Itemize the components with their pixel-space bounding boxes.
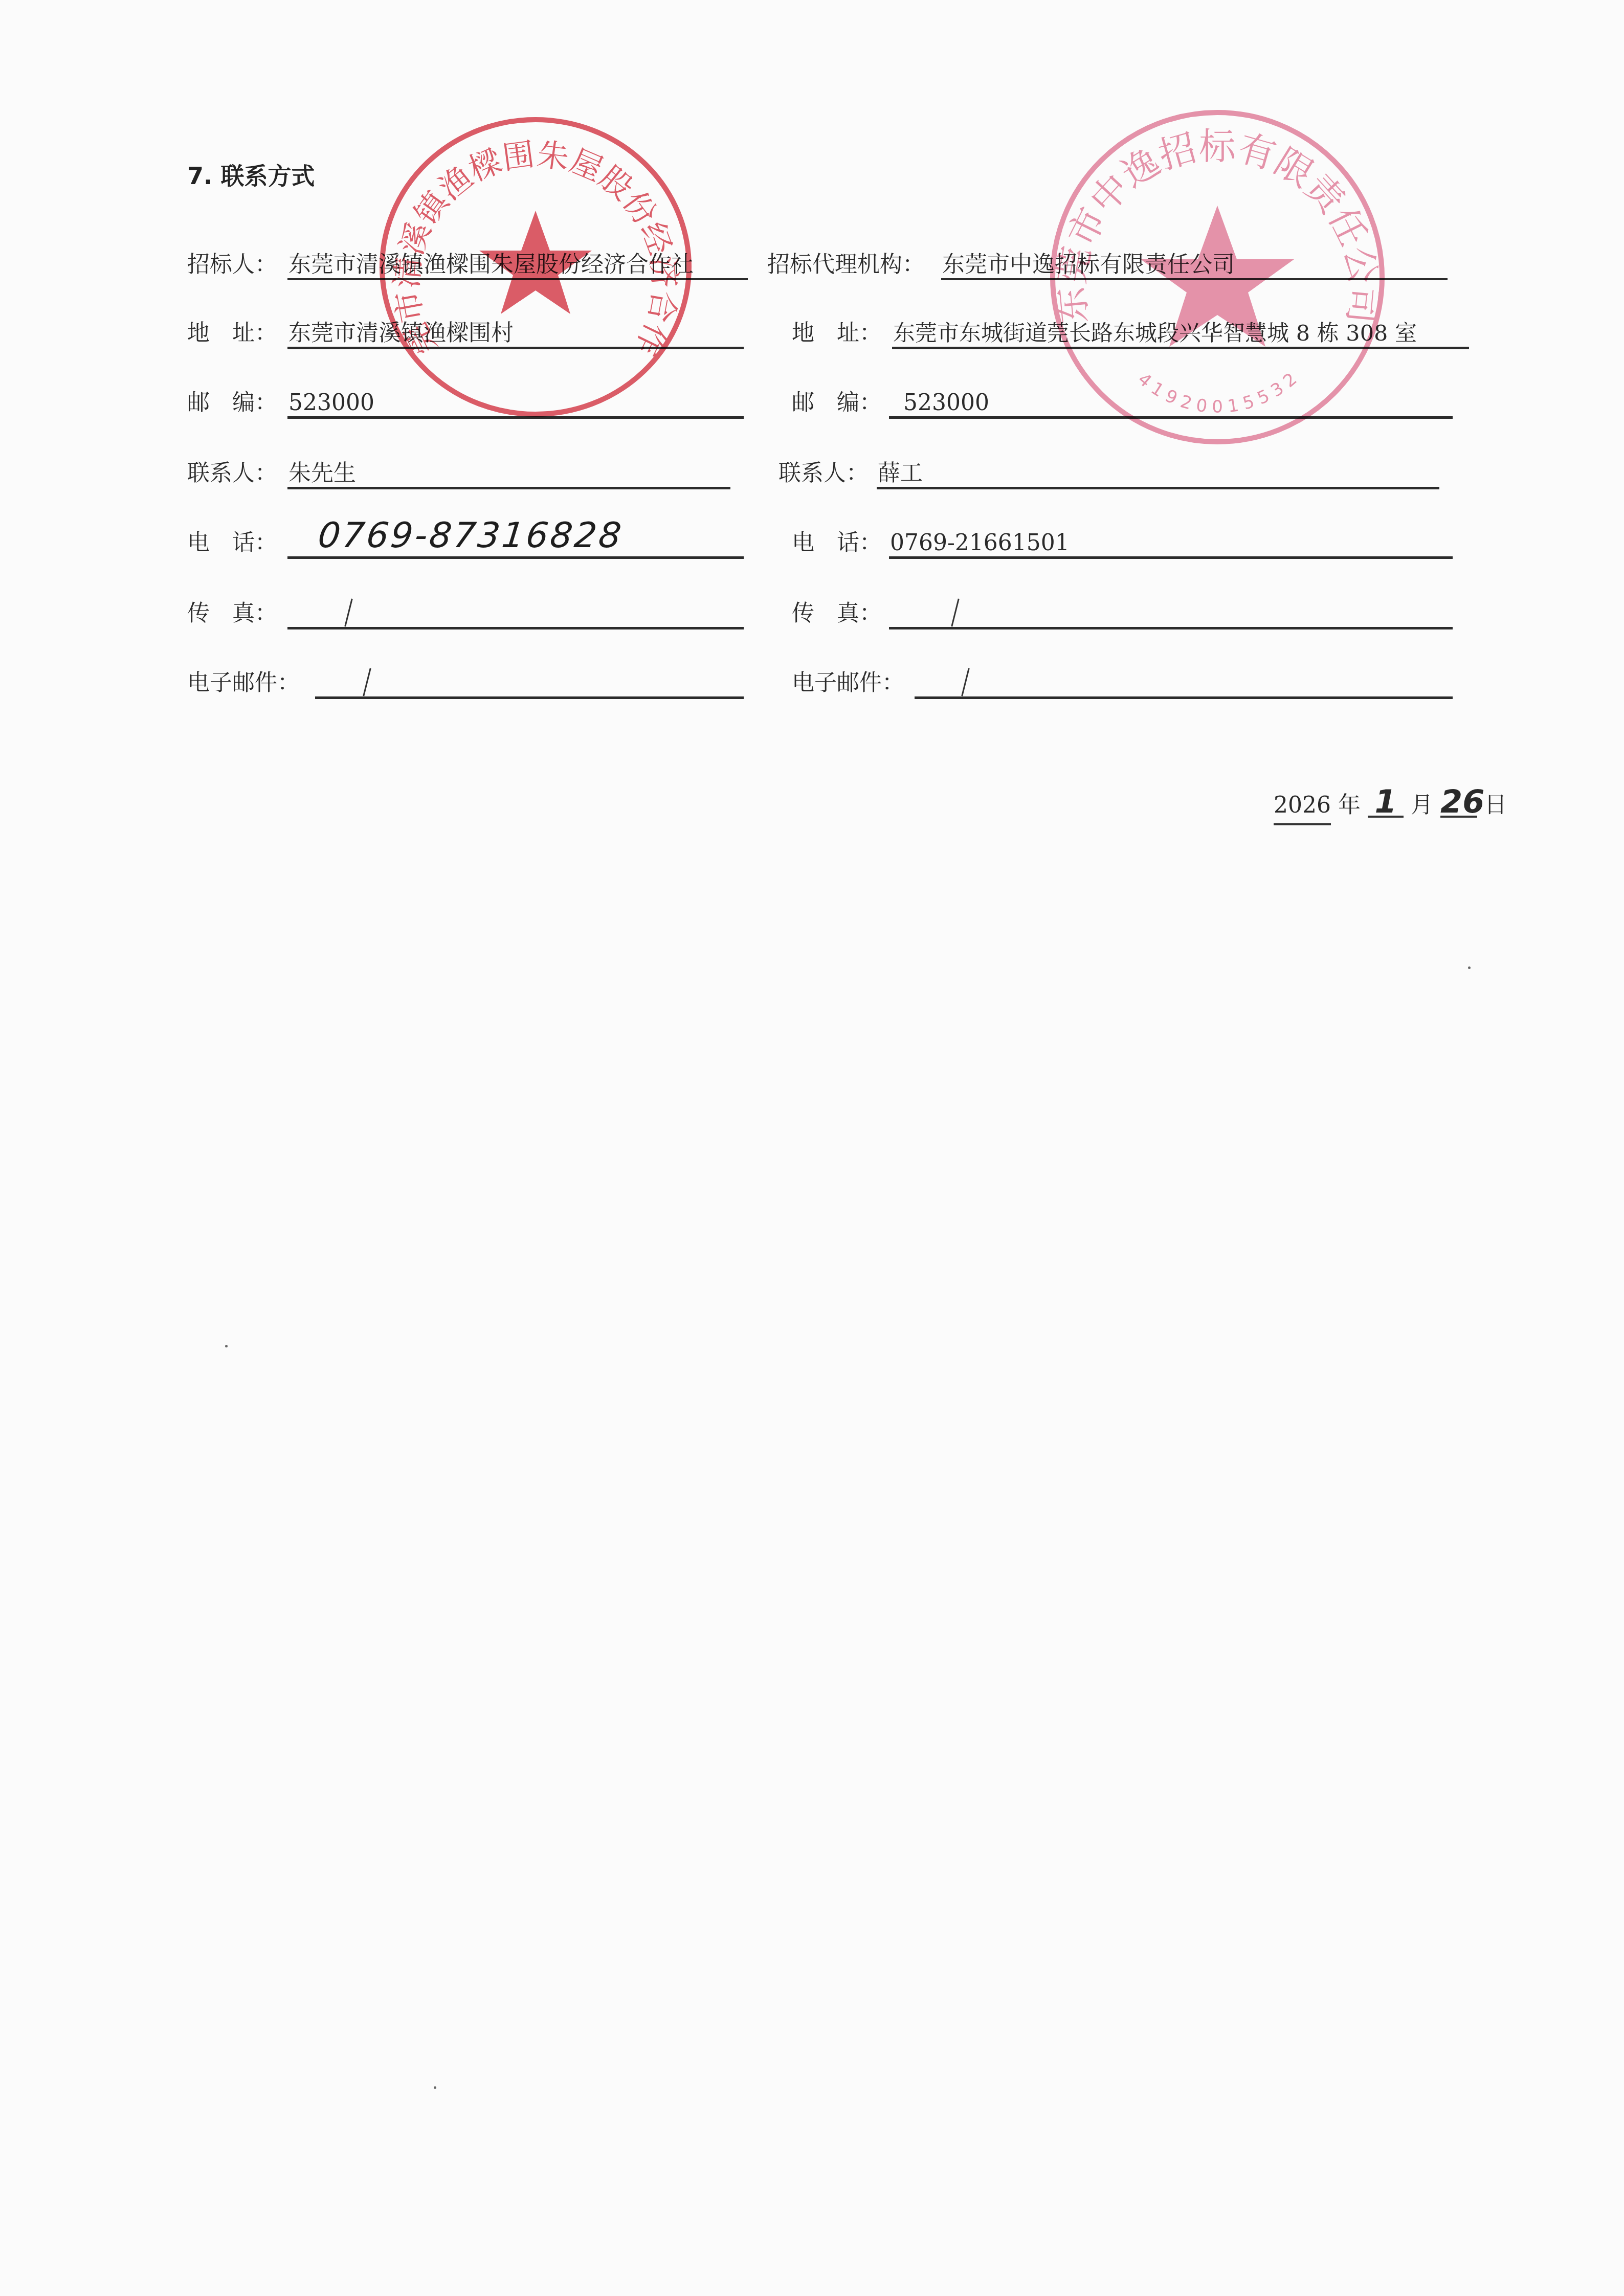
tenderer-phone-field[interactable]: 0769-87316828	[287, 528, 744, 559]
agency-contact-value: 薛工	[878, 458, 923, 489]
agency-email-row: 电子邮件：	[792, 668, 1508, 699]
agency-email-field[interactable]	[915, 668, 1453, 699]
date-month: 1	[1368, 788, 1404, 818]
agency-address-value: 东莞市东城街道莞长路东城段兴华智慧城 8 栋 308 室	[893, 318, 1417, 349]
agency-address-row: 地 址： 东莞市东城街道莞长路东城段兴华智慧城 8 栋 308 室	[792, 318, 1508, 349]
agency-email-value	[961, 668, 969, 696]
agency-phone-value: 0769-21661501	[890, 528, 1070, 558]
tenderer-email-label: 电子邮件：	[187, 668, 300, 699]
date-year-unit: 年	[1338, 792, 1361, 818]
tenderer-name-value: 东莞市清溪镇渔樑围朱屋股份经济合作社	[288, 250, 694, 280]
scan-speck	[434, 2086, 436, 2089]
tenderer-address-field[interactable]: 东莞市清溪镇渔樑围村	[287, 318, 744, 349]
agency-name-label: 招标代理机构：	[767, 250, 925, 280]
agency-postcode-row: 邮 编： 523000	[792, 388, 1508, 418]
tenderer-fax-field[interactable]	[287, 598, 744, 629]
agency-fax-label: 传 真：	[792, 598, 882, 629]
tenderer-name-label: 招标人：	[187, 250, 277, 280]
tenderer-postcode-value: 523000	[288, 388, 374, 418]
section-heading: 7. 联系方式	[187, 157, 315, 191]
agency-phone-field[interactable]: 0769-21661501	[889, 528, 1453, 559]
agency-postcode-value: 523000	[903, 388, 989, 418]
date-year: 2026	[1274, 787, 1331, 825]
date-month-unit: 月	[1411, 792, 1433, 818]
agency-contact-label: 联系人：	[778, 458, 869, 489]
tenderer-postcode-row: 邮 编： 523000	[187, 388, 750, 418]
agency-postcode-field[interactable]: 523000	[889, 388, 1453, 419]
svg-text:东莞市中逸招标有限责任公司: 东莞市中逸招标有限责任公司	[1049, 125, 1386, 326]
tenderer-email-row: 电子邮件：	[187, 668, 750, 699]
agency-phone-label: 电 话：	[792, 528, 882, 558]
tenderer-email-field[interactable]	[315, 668, 744, 699]
scan-speck	[1468, 966, 1471, 969]
agency-phone-row: 电 话： 0769-21661501	[792, 528, 1508, 558]
tenderer-address-value: 东莞市清溪镇渔樑围村	[288, 318, 514, 349]
tenderer-fax-label: 传 真：	[187, 598, 277, 629]
tenderer-email-value	[363, 668, 371, 696]
date-day: 26	[1440, 788, 1477, 818]
agency-name-row: 招标代理机构： 东莞市中逸招标有限责任公司	[767, 250, 1483, 280]
agency-address-label: 地 址：	[792, 318, 882, 349]
tenderer-contact-value: 朱先生	[288, 458, 356, 489]
agency-name-value: 东莞市中逸招标有限责任公司	[942, 250, 1235, 280]
agency-fax-field[interactable]	[889, 598, 1453, 629]
agency-contact-row: 联系人： 薛工	[778, 458, 1495, 489]
tenderer-name-row: 招标人： 东莞市清溪镇渔樑围朱屋股份经济合作社	[187, 250, 750, 280]
signature-date: 2026 年 1 月 26 日	[1274, 787, 1507, 823]
tenderer-fax-row: 传 真：	[187, 598, 750, 629]
scan-speck	[225, 1345, 228, 1347]
agency-fax-row: 传 真：	[792, 598, 1508, 629]
tenderer-phone-label: 电 话：	[187, 528, 277, 558]
tenderer-address-label: 地 址：	[187, 318, 277, 349]
tenderer-contact-row: 联系人： 朱先生	[187, 458, 750, 489]
agency-postcode-label: 邮 编：	[792, 388, 882, 418]
tenderer-address-row: 地 址： 东莞市清溪镇渔樑围村	[187, 318, 750, 349]
tenderer-postcode-field[interactable]: 523000	[287, 388, 744, 419]
tenderer-phone-value: 0769-87316828	[317, 521, 625, 551]
tenderer-fax-value	[344, 598, 352, 626]
agency-fax-value	[951, 598, 959, 626]
agency-email-label: 电子邮件：	[792, 668, 904, 699]
agency-contact-field[interactable]: 薛工	[877, 458, 1439, 489]
agency-name-field[interactable]: 东莞市中逸招标有限责任公司	[941, 250, 1448, 280]
tenderer-postcode-label: 邮 编：	[187, 388, 277, 418]
date-day-unit: 日	[1484, 792, 1507, 818]
agency-address-field[interactable]: 东莞市东城街道莞长路东城段兴华智慧城 8 栋 308 室	[892, 318, 1469, 349]
tenderer-contact-label: 联系人：	[187, 458, 277, 489]
tenderer-name-field[interactable]: 东莞市清溪镇渔樑围朱屋股份经济合作社	[287, 250, 748, 280]
tenderer-phone-row: 电 话： 0769-87316828	[187, 528, 750, 558]
tenderer-contact-field[interactable]: 朱先生	[287, 458, 730, 489]
